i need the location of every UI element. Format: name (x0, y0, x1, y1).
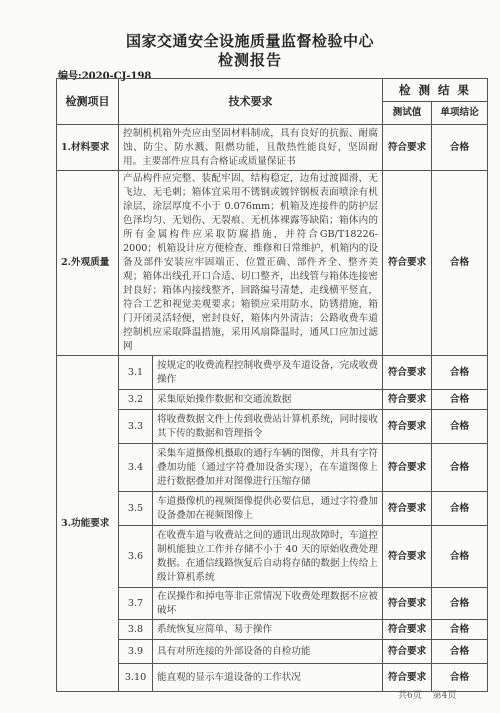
sub-number: 3.8 (119, 620, 153, 640)
test-value: 符合要求 (383, 588, 432, 620)
item-label: 3.功能要求 (57, 356, 119, 692)
current-page: 第4页 (433, 691, 457, 701)
test-value: 符合要求 (383, 620, 432, 640)
conclusion: 合格 (432, 410, 488, 444)
requirement-text: 在误操作和掉电等非正常情况下收费处理数据不应被破坏 (153, 588, 383, 620)
header-item: 检测项目 (57, 79, 119, 125)
table-row: 3.功能要求 3.1 按规定的收费流程控制收费亭及车道设备，完成收费操作 符合要… (57, 356, 488, 390)
table-row: 3.8 系统恢复应简单、易于操作 符合要求 合格 (57, 620, 488, 640)
table-row: 3.4 采集车道摄像机摄取的通行车辆的图像，并具有字符叠加功能（通过字符叠加设备… (57, 444, 488, 492)
requirement-text: 能直观的显示车道设备的工作状况 (153, 664, 383, 692)
table-row: 3.3 将收费数据文件上传到收费站计算机系统，同时接收其下传的数据和管理指令 符… (57, 410, 488, 444)
test-value: 符合要求 (383, 410, 432, 444)
sub-number: 3.6 (119, 526, 153, 588)
sub-number: 3.5 (119, 492, 153, 526)
table-row: 3.6 在收费车道与收费站之间的通讯出现故障时，车道控制机能独立工作并存储不小于… (57, 526, 488, 588)
header-test-value: 测试值 (383, 102, 432, 125)
requirement-text: 车道摄像机的视频图像提供必要信息，通过字符叠加设备叠加在视频图像上 (153, 492, 383, 526)
sub-number: 3.10 (119, 664, 153, 692)
requirement-text: 按规定的收费流程控制收费亭及车道设备，完成收费操作 (153, 356, 383, 390)
requirement-text: 采集车道摄像机摄取的通行车辆的图像，并具有字符叠加功能（通过字符叠加设备实现），… (153, 444, 383, 492)
total-pages: 共6页 (398, 691, 422, 701)
conclusion: 合格 (432, 171, 488, 356)
requirement-text: 控制机机箱外壳应由坚固材料制成，具有良好的抗振、耐腐蚀、防尘、防水溅、阻燃功能，… (119, 125, 383, 171)
test-value: 符合要求 (383, 526, 432, 588)
requirement-text: 具有对所连接的外部设备的自检功能 (153, 640, 383, 664)
sub-number: 3.4 (119, 444, 153, 492)
table-row: 2.外观质量 产品构件应完整、装配牢固、结构稳定，边角过渡圆滑，无飞边、无毛刺；… (57, 171, 488, 356)
conclusion: 合格 (432, 492, 488, 526)
conclusion: 合格 (432, 620, 488, 640)
sub-number: 3.2 (119, 390, 153, 410)
test-value: 符合要求 (383, 356, 432, 390)
test-value: 符合要求 (383, 390, 432, 410)
header-requirement: 技术要求 (119, 79, 383, 125)
inspection-table: 检测项目 技术要求 检 测 结 果 测试值 单项结论 1.材料要求 控制机机箱外… (56, 78, 488, 692)
sub-number: 3.7 (119, 588, 153, 620)
conclusion: 合格 (432, 640, 488, 664)
requirement-text: 产品构件应完整、装配牢固、结构稳定，边角过渡圆滑，无飞边、无毛刺；箱体宜采用不锈… (119, 171, 383, 356)
table-row: 3.9 具有对所连接的外部设备的自检功能 符合要求 合格 (57, 640, 488, 664)
requirement-text: 在收费车道与收费站之间的通讯出现故障时，车道控制机能独立工作并存储不小于 40 … (153, 526, 383, 588)
header-conclusion: 单项结论 (432, 102, 488, 125)
item-label: 1.材料要求 (57, 125, 119, 171)
item-label: 2.外观质量 (57, 171, 119, 356)
conclusion: 合格 (432, 390, 488, 410)
test-value: 符合要求 (383, 125, 432, 171)
org-title: 国家交通安全设施质量监督检验中心 (0, 30, 500, 51)
page-footer: 共6页 第4页 (398, 688, 464, 701)
requirement-text: 采集原始操作数据和交通流数据 (153, 390, 383, 410)
header-result-group: 检 测 结 果 (383, 79, 488, 102)
conclusion: 合格 (432, 444, 488, 492)
table-row: 3.5 车道摄像机的视频图像提供必要信息，通过字符叠加设备叠加在视频图像上 符合… (57, 492, 488, 526)
conclusion: 合格 (432, 588, 488, 620)
conclusion: 合格 (432, 526, 488, 588)
table-header-row: 检测项目 技术要求 检 测 结 果 (57, 79, 488, 102)
test-value: 符合要求 (383, 492, 432, 526)
sub-number: 3.9 (119, 640, 153, 664)
table-row: 3.2 采集原始操作数据和交通流数据 符合要求 合格 (57, 390, 488, 410)
conclusion: 合格 (432, 356, 488, 390)
conclusion: 合格 (432, 125, 488, 171)
requirement-text: 将收费数据文件上传到收费站计算机系统，同时接收其下传的数据和管理指令 (153, 410, 383, 444)
test-value: 符合要求 (383, 444, 432, 492)
table-row: 3.7 在误操作和掉电等非正常情况下收费处理数据不应被破坏 符合要求 合格 (57, 588, 488, 620)
test-value: 符合要求 (383, 171, 432, 356)
sub-number: 3.3 (119, 410, 153, 444)
test-value: 符合要求 (383, 640, 432, 664)
requirement-text: 系统恢复应简单、易于操作 (153, 620, 383, 640)
sub-number: 3.1 (119, 356, 153, 390)
table-row: 1.材料要求 控制机机箱外壳应由坚固材料制成，具有良好的抗振、耐腐蚀、防尘、防水… (57, 125, 488, 171)
